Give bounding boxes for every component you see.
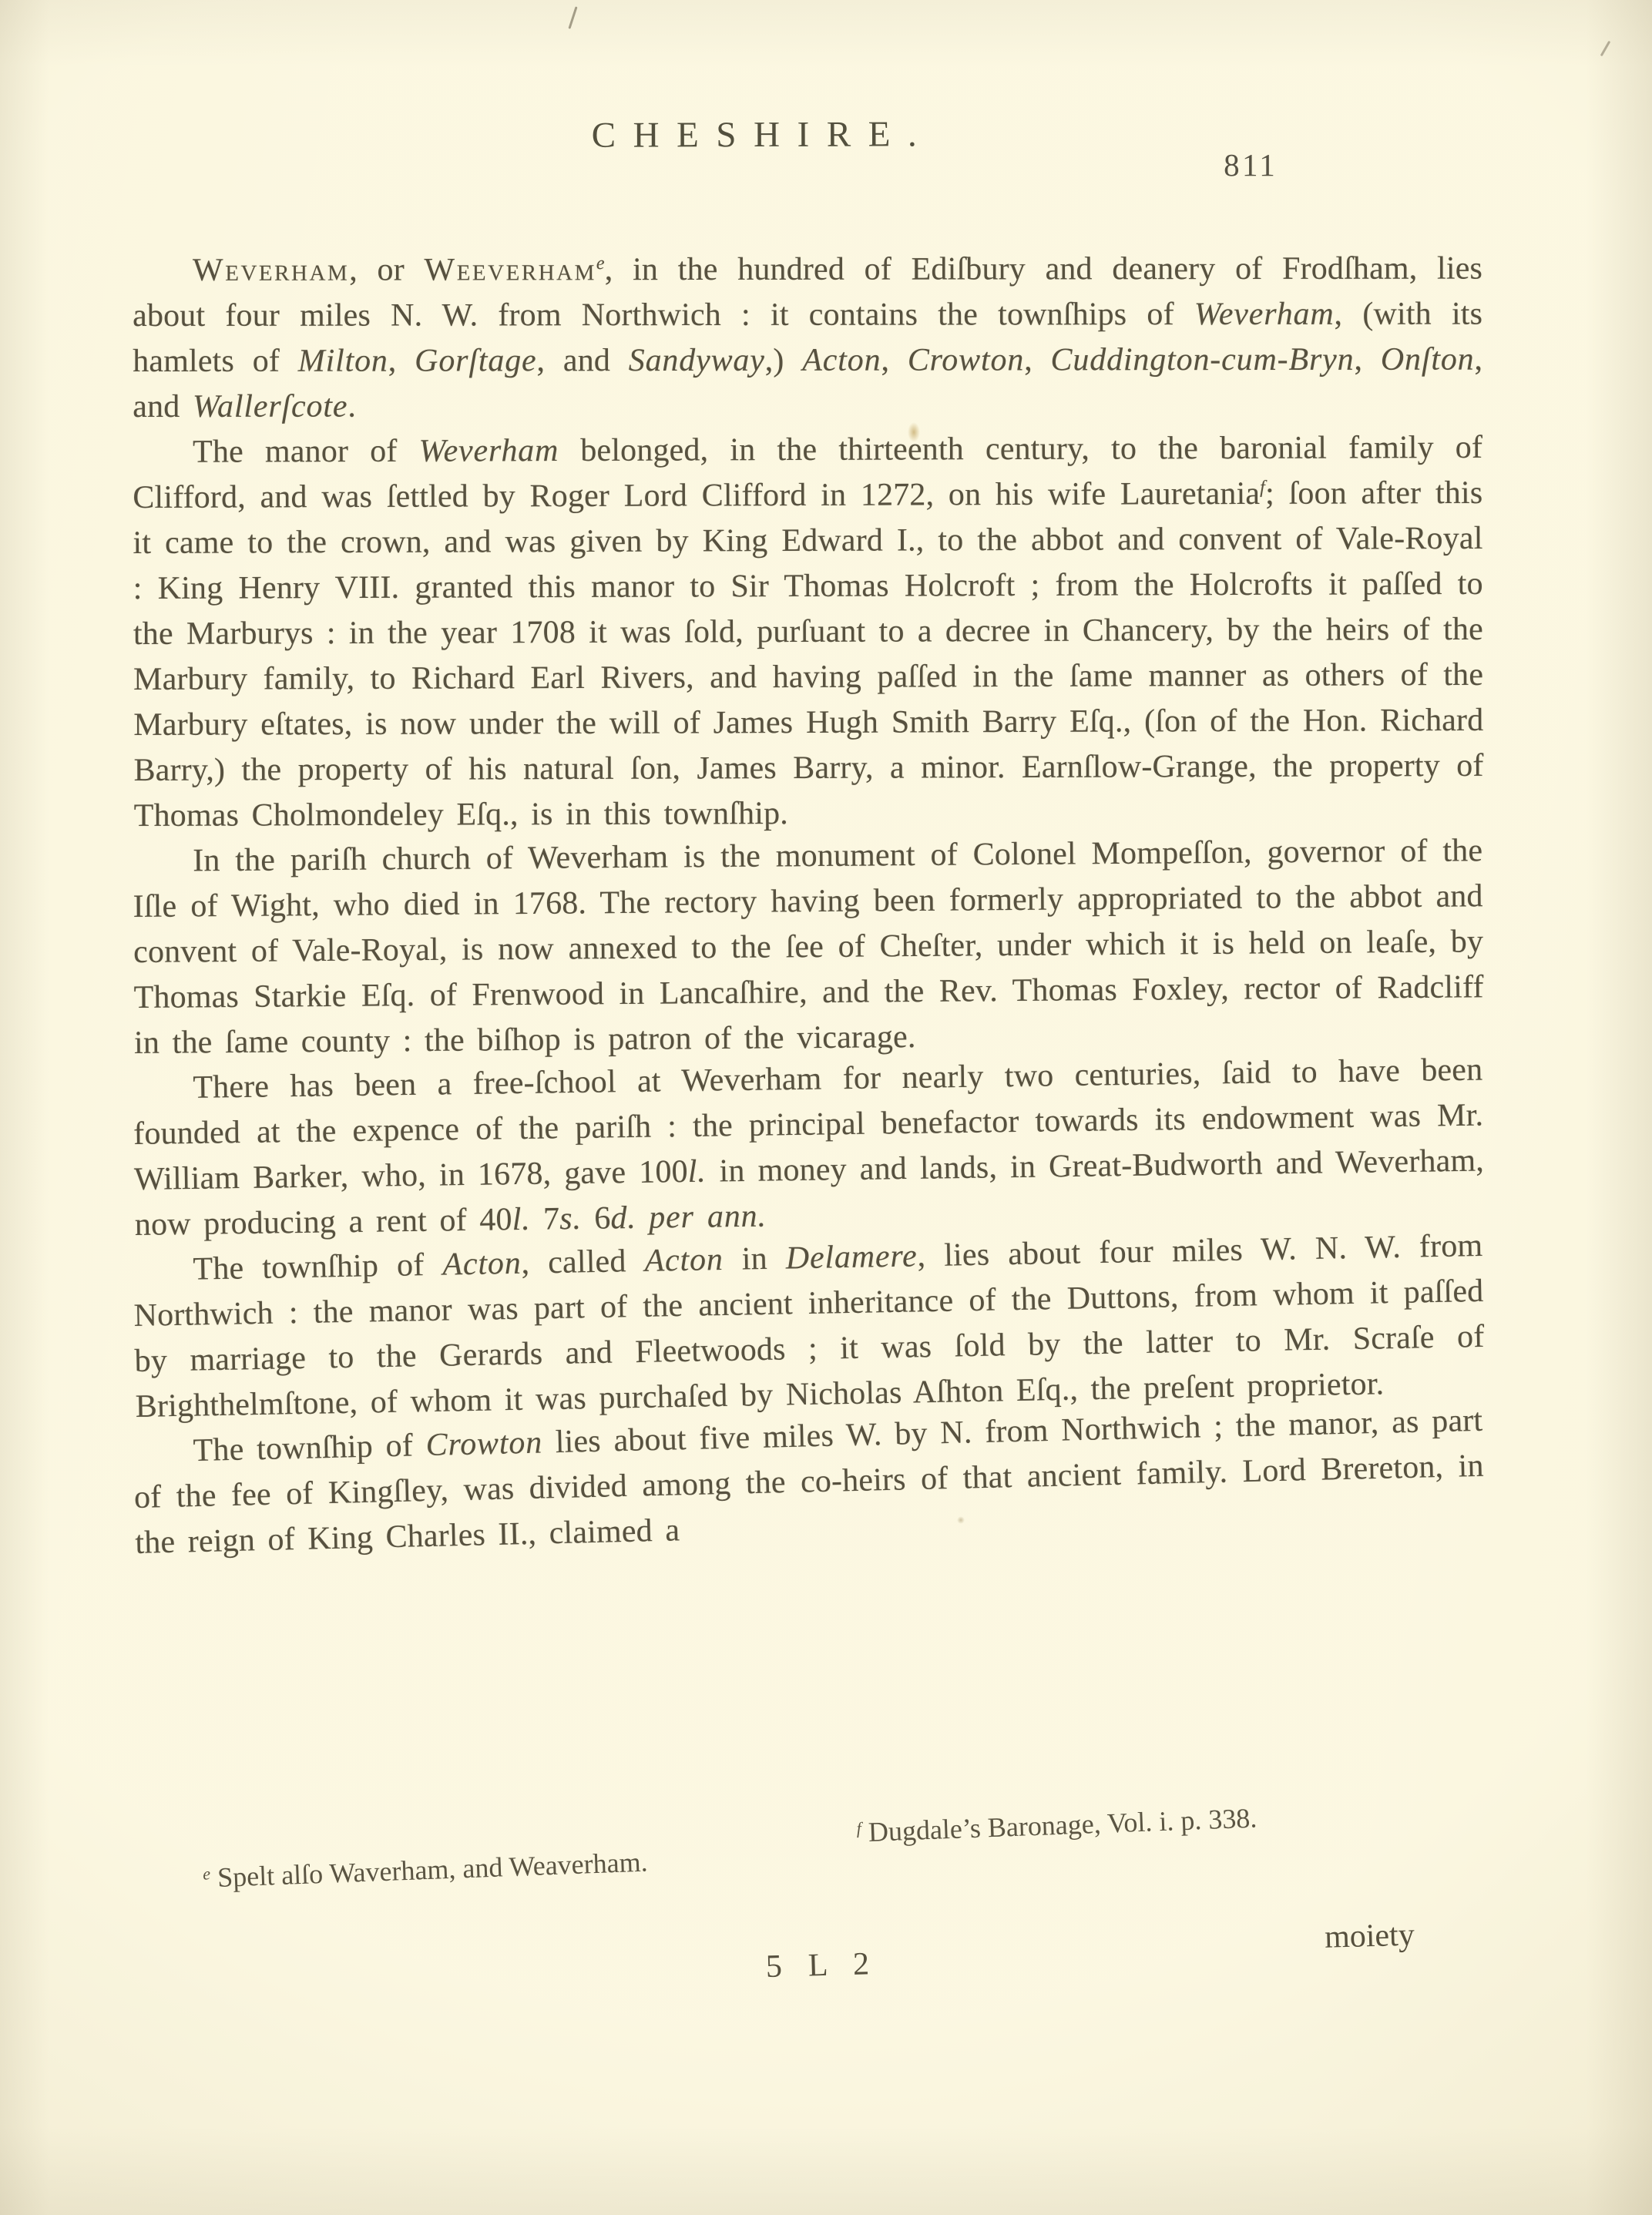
text-segment: Acton xyxy=(442,1246,522,1283)
text-segment: , xyxy=(881,343,907,378)
footnote: e Spelt alſo Waverham, and Weaverham. xyxy=(203,1845,649,1894)
text-segment: s. xyxy=(559,1201,582,1237)
text-segment: Crowton xyxy=(908,342,1024,378)
text-column: Weverham, or Weeverhame, in the hundred … xyxy=(133,248,1482,2097)
scan-artifact xyxy=(1600,41,1611,57)
text-segment: , xyxy=(1024,342,1050,378)
paragraph: The manor of Weverham belonged, in the t… xyxy=(133,425,1484,839)
text-segment: Sandyway xyxy=(629,343,765,378)
text-segment: lies about five miles W. by N. from Nort… xyxy=(134,1403,1485,1561)
text-block: Weverham, or Weeverhame, in the hundred … xyxy=(133,248,1482,1566)
text-segment: 6 xyxy=(581,1200,610,1237)
footnote: f Dugdale’s Baronage, Vol. i. p. 338. xyxy=(856,1801,1257,1848)
footnote-text: Dugdale’s Baronage, Vol. i. p. 338. xyxy=(868,1802,1257,1847)
text-segment: in xyxy=(723,1240,786,1277)
text-segment: Weeverham xyxy=(424,252,596,287)
text-segment: Acton xyxy=(802,343,881,378)
paragraph: Weverham, or Weeverhame, in the hundred … xyxy=(133,247,1482,430)
page-header: CHESHIRE. 811 xyxy=(131,114,1479,160)
text-segment: Cuddington-cum-Bryn xyxy=(1051,342,1355,378)
text-segment: Delamere xyxy=(785,1238,918,1276)
book-page: CHESHIRE. 811 Weverham, or Weeverhame, i… xyxy=(0,0,1652,2215)
text-segment: ,) xyxy=(765,343,803,378)
running-head-title: CHESHIRE. xyxy=(131,112,1395,158)
paragraph: The townſhip of Acton, called Acton in D… xyxy=(133,1223,1486,1430)
text-segment: , xyxy=(1354,342,1380,378)
text-segment: 7 xyxy=(530,1201,559,1237)
text-segment: Weverham xyxy=(193,253,349,288)
page-number: 811 xyxy=(1224,146,1278,183)
text-segment: Onſton xyxy=(1381,342,1475,378)
page-footer: 5 L 2 moiety xyxy=(132,1915,1482,2006)
paragraph: There has been a free-ſchool at Weverham… xyxy=(133,1048,1485,1248)
text-segment: The manor of xyxy=(193,434,419,470)
text-segment: Weverham xyxy=(1194,297,1335,332)
footnote-marker: f xyxy=(856,1818,861,1837)
text-segment: . xyxy=(348,389,356,425)
text-segment: l. xyxy=(687,1154,706,1190)
text-segment: , called xyxy=(521,1243,645,1281)
text-segment: Wallerſcote xyxy=(193,389,348,425)
text-segment: per ann. xyxy=(649,1199,767,1236)
text-segment: , and xyxy=(536,343,628,378)
text-segment: d. xyxy=(610,1200,636,1236)
text-segment: Gorſtage xyxy=(415,343,536,378)
text-segment: Acton xyxy=(644,1242,724,1279)
text-segment: , or xyxy=(349,252,424,287)
text-segment: Weverham xyxy=(418,433,559,469)
text-segment: ; ſoon after this it came to the crown, … xyxy=(133,475,1483,834)
text-segment: In the pariſh church of Weverham is the … xyxy=(133,833,1484,1061)
paragraph: In the pariſh church of Weverham is the … xyxy=(133,828,1484,1066)
text-segment: Crowton xyxy=(425,1425,542,1463)
text-segment: e xyxy=(596,253,605,274)
footnote-marker: e xyxy=(203,1864,211,1883)
footnote-text: Spelt alſo Waverham, and Weaverham. xyxy=(217,1846,648,1892)
text-segment xyxy=(636,1200,649,1236)
signature-mark: 5 L 2 xyxy=(765,1945,878,1985)
catchword: moiety xyxy=(1324,1917,1415,1956)
text-segment: Milton xyxy=(298,344,388,379)
text-segment: The townſhip of xyxy=(193,1247,443,1287)
scan-artifact xyxy=(568,6,577,29)
text-segment: l. xyxy=(512,1202,530,1237)
text-segment: The townſhip of xyxy=(193,1428,426,1468)
text-segment: , xyxy=(388,343,415,378)
footnotes: e Spelt alſo Waverham, and Weaverham. f … xyxy=(132,1815,1482,1918)
